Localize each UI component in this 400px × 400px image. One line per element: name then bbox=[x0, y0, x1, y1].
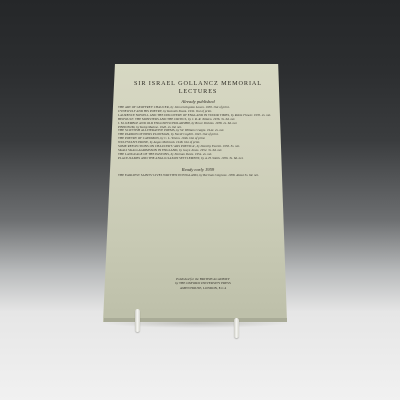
lecture-entry: PLACE-NAMES AND THE ANGLO-SAXON SETTLEME… bbox=[118, 157, 278, 161]
stand-pin-left bbox=[135, 309, 140, 332]
already-published-list: THE ART OF GEOFFREY CHAUCER, by John Liv… bbox=[118, 106, 278, 161]
lecture-details: by Bruce Dickins. 1938. 2s. 6d. net. bbox=[191, 121, 237, 125]
lecture-details: by Bertram Colgrave. 1958. About 5s. 6d.… bbox=[199, 173, 258, 177]
lecture-title: THE EARLIEST SAINTS' LIVES WRITTEN IN EN… bbox=[118, 173, 199, 177]
ready-soon-heading: Ready early 1959 bbox=[118, 167, 278, 172]
title-line-2: LECTURES bbox=[118, 88, 278, 96]
publisher-imprint: Published for the BRITISH ACADEMY by THE… bbox=[148, 277, 258, 290]
imprint-line-3: AMEN HOUSE, LONDON, E.C.4 bbox=[148, 286, 258, 290]
pamphlet-content: SIR ISRAEL GOLLANCZ MEMORIAL LECTURES Al… bbox=[118, 80, 278, 178]
already-published-heading: Already published bbox=[118, 99, 278, 104]
stand-pin-right bbox=[234, 318, 239, 338]
lecture-details: by Robin Flower. 1935. 2s. net. bbox=[231, 113, 271, 117]
lecture-details: by A. H. Smith. 1956. 3s. 6d. net. bbox=[201, 156, 243, 160]
lecture-entry: THE EARLIEST SAINTS' LIVES WRITTEN IN EN… bbox=[118, 174, 278, 178]
pamphlet-title: SIR ISRAEL GOLLANCZ MEMORIAL LECTURES bbox=[118, 80, 278, 96]
lecture-title: PLACE-NAMES AND THE ANGLO-SAXON SETTLEME… bbox=[118, 156, 201, 160]
pamphlet-bottom-edge bbox=[104, 318, 287, 322]
title-line-1: SIR ISRAEL GOLLANCZ MEMORIAL bbox=[118, 80, 278, 88]
ready-soon-list: THE EARLIEST SAINTS' LIVES WRITTEN IN EN… bbox=[118, 174, 278, 178]
